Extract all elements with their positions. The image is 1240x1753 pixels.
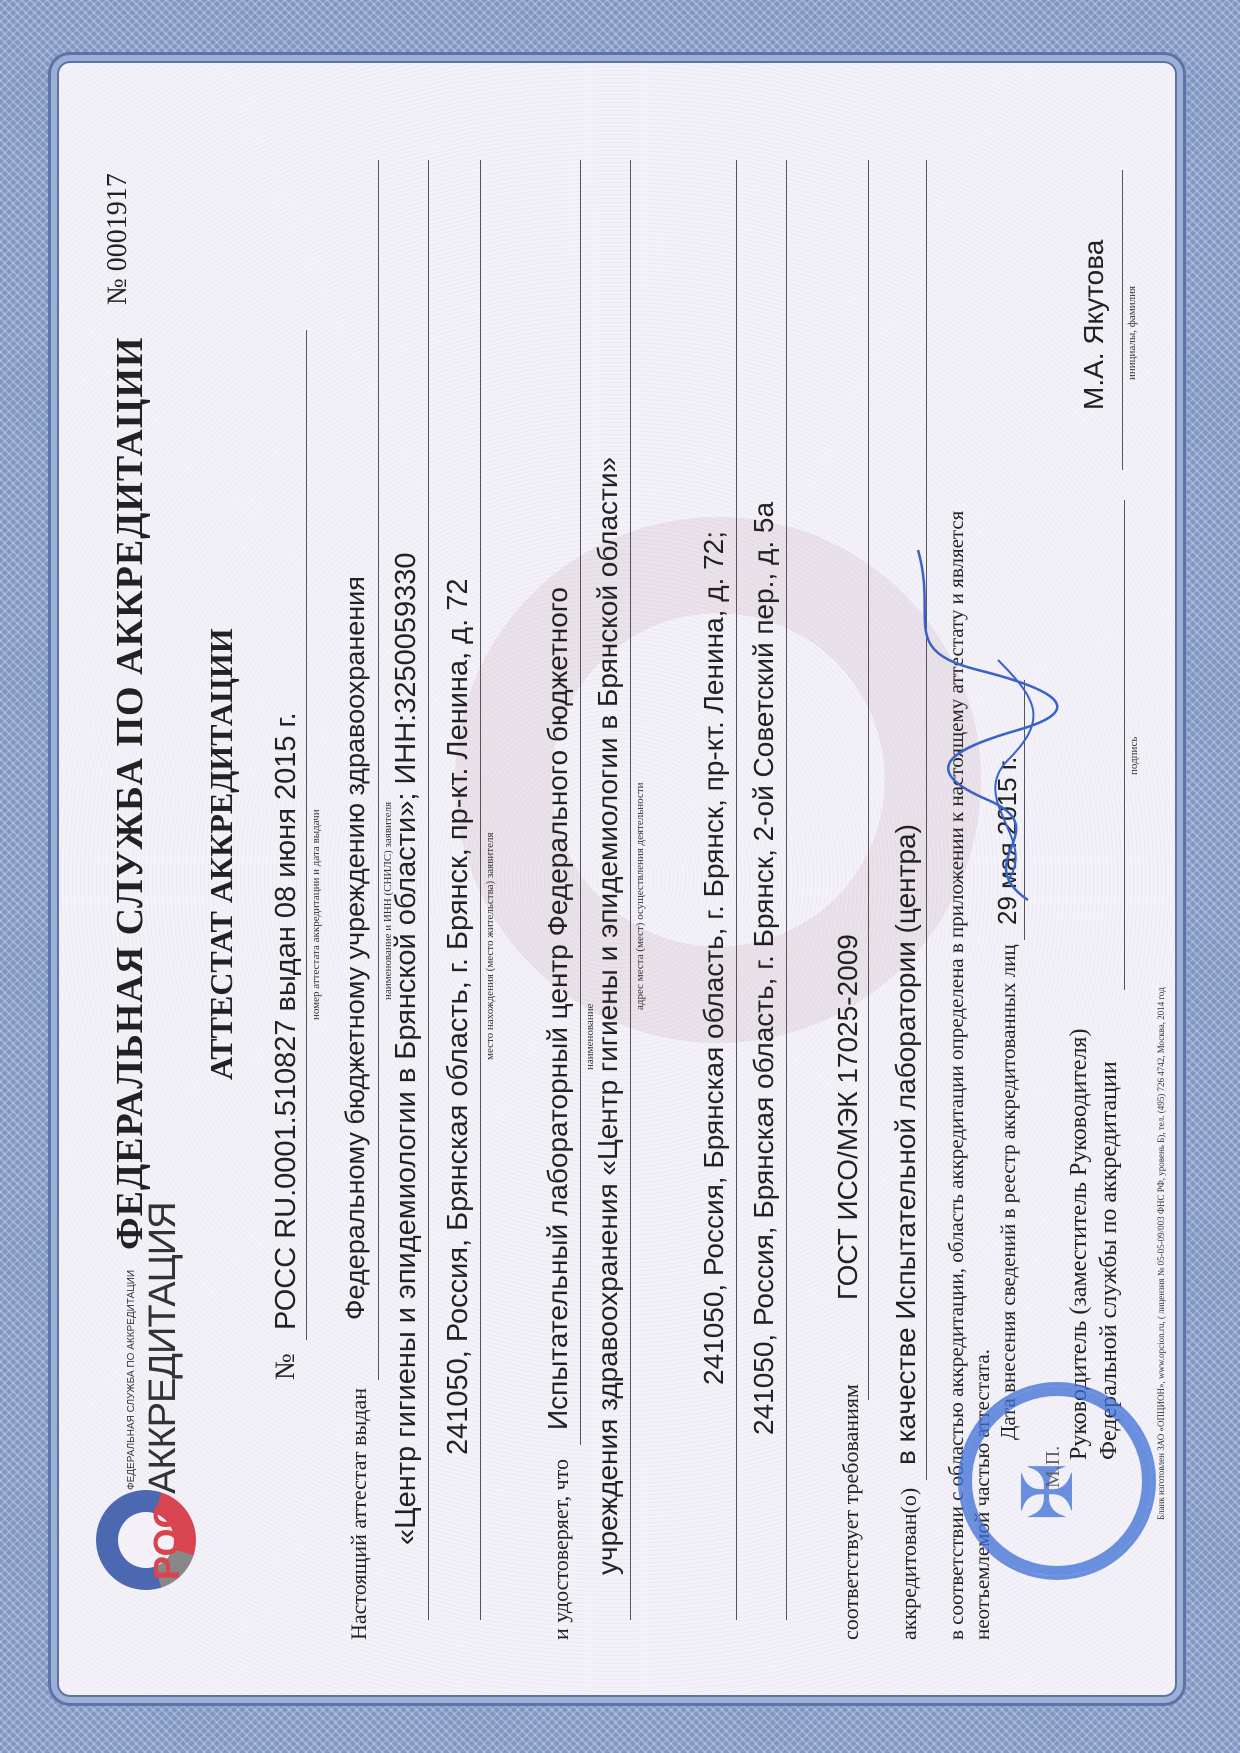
form-number: № 0001917 xyxy=(102,173,134,305)
certifies-line-2: учреждения здравоохранения «Центр гигиен… xyxy=(592,457,624,1575)
logo-subtitle: ФЕДЕРАЛЬНАЯ СЛУЖБА ПО АККРЕДИТАЦИИ xyxy=(126,1270,137,1490)
complies-value: ГОСТ ИСО/МЭК 17025-2009 xyxy=(832,934,864,1300)
accredited-value: в качестве Испытательной лаборатории (це… xyxy=(890,824,922,1465)
certifies-line-4: 241050, Россия, Брянская область, г. Бря… xyxy=(748,502,780,1435)
printer-note: Бланк изготовлен ЗАО «ОПЦИОН», www.opcio… xyxy=(1156,987,1166,1520)
logo-prefix: РОС xyxy=(146,1502,188,1580)
certifies-line-1: Испытательный лабораторный центр Федерал… xyxy=(542,587,574,1430)
signatory-name: М.А. Якутова xyxy=(1078,240,1110,410)
certificate-number-caption: номер аттестата аккредитации и дата выда… xyxy=(310,809,322,1020)
document-title: ФЕДЕРАЛЬНАЯ СЛУЖБА ПО АККРЕДИТАЦИИ xyxy=(108,337,152,1250)
rosaccreditation-logo: РОС ФЕДЕРАЛЬНАЯ СЛУЖБА ПО АККРЕДИТАЦИИ А… xyxy=(88,1260,198,1590)
issued-to-line-3: 241050, Россия, Брянская область, г. Бря… xyxy=(442,579,475,1455)
certificate-content: РОС ФЕДЕРАЛЬНАЯ СЛУЖБА ПО АККРЕДИТАЦИИ А… xyxy=(48,52,1180,1700)
stamp-mp-label: М.П. xyxy=(1042,1446,1065,1488)
issued-to-caption-3: место нахождения (место жительства) заяв… xyxy=(484,832,496,1060)
official-seal: ✠ М.П. xyxy=(958,1382,1156,1580)
issued-to-label: Настоящий аттестат выдан xyxy=(346,1388,372,1640)
issued-to-line-2: «Центр гигиены и эпидемиологии в Брянско… xyxy=(390,552,423,1545)
certifies-caption-2: адрес места (мест) осуществления деятель… xyxy=(634,782,646,1010)
issued-to-line-1: Федеральному бюджетному учреждению здрав… xyxy=(340,576,371,1320)
certifies-label: и удостоверяет, что xyxy=(548,1459,574,1640)
document-subtitle: АТТЕСТАТ АККРЕДИТАЦИИ xyxy=(203,628,240,1080)
certifies-line-3: 241050, Россия, Брянская область, г. Бря… xyxy=(698,531,730,1385)
registry-label: Дата внесения сведений в реестр аккредит… xyxy=(996,944,1021,1440)
certificate-number-value: РОСС RU.0001.510827 выдан 08 июня 2015 г… xyxy=(270,712,303,1330)
signatory-name-caption: инициалы, фамилия xyxy=(1126,286,1138,380)
accredited-label: аккредитован(о) xyxy=(896,1488,922,1640)
cert-no-label: № xyxy=(270,1353,302,1380)
handwritten-signature xyxy=(908,540,1068,920)
signature-caption: подпись xyxy=(1128,737,1140,775)
complies-label: соответствует требованиям xyxy=(838,1384,864,1640)
